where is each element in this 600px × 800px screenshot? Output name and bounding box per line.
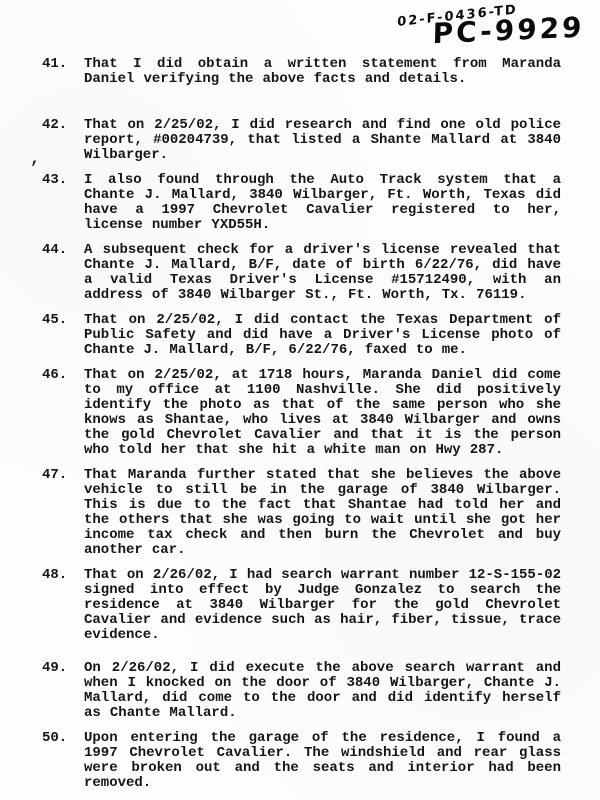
- paragraph-text: That I did obtain a written statement fr…: [84, 57, 561, 87]
- paragraph-number: 44.: [42, 243, 84, 258]
- handwritten-page-code: PC-9929: [432, 13, 588, 48]
- paragraph-number: 47.: [42, 468, 84, 483]
- paragraph-49: 49. On 2/26/02, I did execute the above …: [42, 661, 561, 721]
- affidavit-body: 41. That I did obtain a written statemen…: [42, 57, 561, 791]
- paragraph-text: On 2/26/02, I did execute the above sear…: [84, 661, 561, 721]
- paragraph-number: 49.: [42, 661, 84, 676]
- paragraph-47: 47. That Maranda further stated that she…: [42, 468, 561, 558]
- paragraph-number: 41.: [42, 57, 84, 72]
- paragraph-text: Upon entering the garage of the residenc…: [84, 731, 561, 791]
- paragraph-48: 48. That on 2/26/02, I had search warran…: [42, 568, 561, 643]
- paragraph-text: That on 2/25/02, at 1718 hours, Maranda …: [84, 368, 561, 458]
- paragraph-44: 44. A subsequent check for a driver's li…: [42, 243, 561, 303]
- handwritten-annotation: 02-F-0436-TD PC-9929: [397, 0, 589, 53]
- paragraph-text: That Maranda further stated that she bel…: [84, 468, 561, 558]
- paragraph-number: 42.: [42, 118, 84, 133]
- paragraph-text: That on 2/25/02, I did research and find…: [84, 118, 561, 163]
- paragraph-text: A subsequent check for a driver's licens…: [84, 243, 561, 303]
- paragraph-number: 45.: [42, 313, 84, 328]
- paragraph-41: 41. That I did obtain a written statemen…: [42, 57, 561, 87]
- paragraph-text: I also found through the Auto Track syst…: [84, 173, 561, 233]
- paragraph-number: 46.: [42, 368, 84, 383]
- paragraph-42: 42. That on 2/25/02, I did research and …: [42, 118, 561, 163]
- paragraph-45: 45. That on 2/25/02, I did contact the T…: [42, 313, 561, 358]
- scanned-document-page: 02-F-0436-TD PC-9929 , 41. That I did ob…: [0, 0, 600, 800]
- paragraph-number: 43.: [42, 173, 84, 188]
- scan-artifact-mark: ,: [30, 150, 40, 169]
- paragraph-46: 46. That on 2/25/02, at 1718 hours, Mara…: [42, 368, 561, 458]
- paragraph-43: 43. I also found through the Auto Track …: [42, 173, 561, 233]
- paragraph-number: 48.: [42, 568, 84, 583]
- paragraph-50: 50. Upon entering the garage of the resi…: [42, 731, 561, 791]
- paragraph-text: That on 2/25/02, I did contact the Texas…: [84, 313, 561, 358]
- paragraph-text: That on 2/26/02, I had search warrant nu…: [84, 568, 561, 643]
- paragraph-number: 50.: [42, 731, 84, 746]
